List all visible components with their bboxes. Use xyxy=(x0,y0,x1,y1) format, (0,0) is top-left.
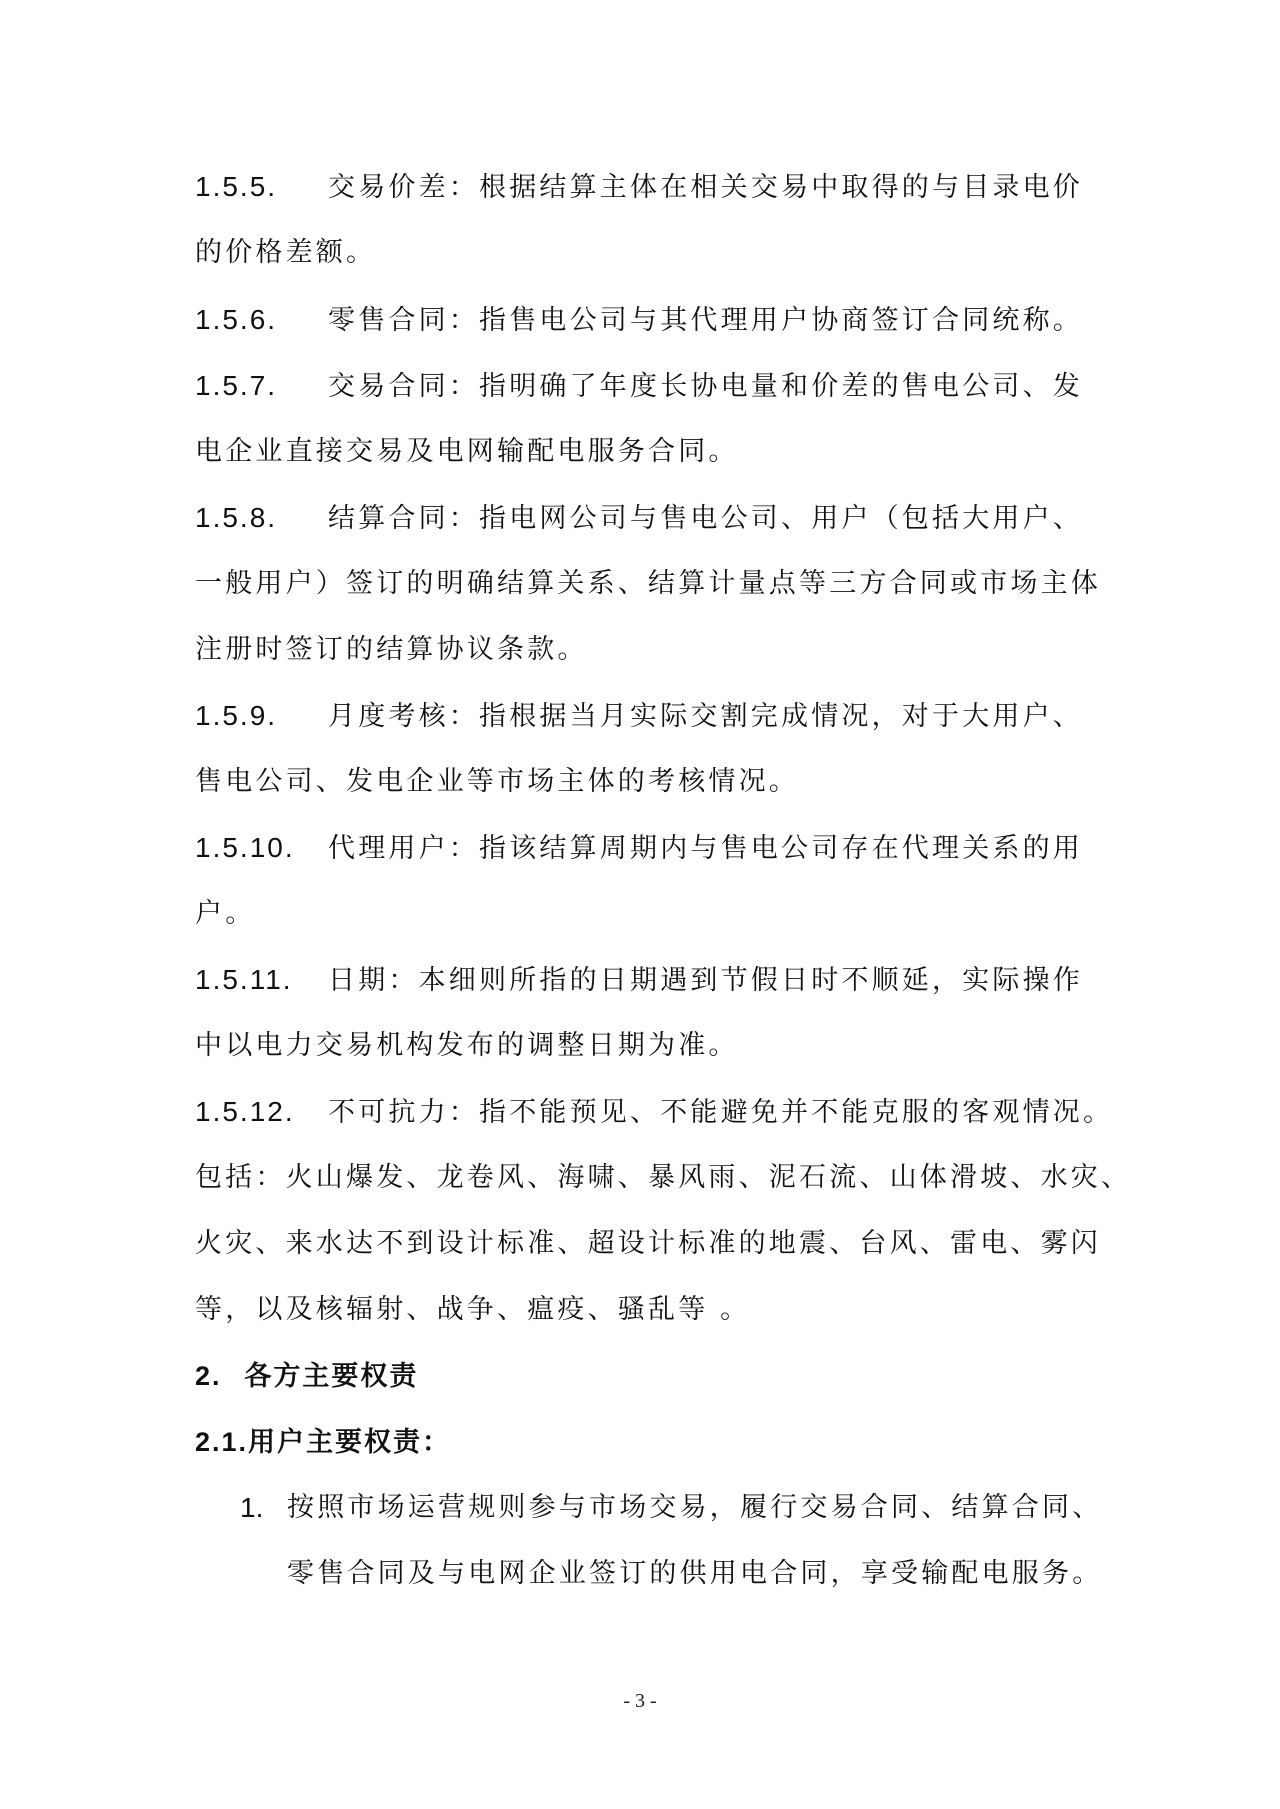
definition-number: 1.5.11. xyxy=(195,960,328,1000)
definition-1-5-10-line-2: 户。 xyxy=(195,894,255,934)
definition-1-5-7-line-2: 电企业直接交易及电网输配电服务合同。 xyxy=(195,432,739,472)
section-number: 2. xyxy=(195,1361,222,1391)
definition-text: 交易价差：根据结算主体在相关交易中取得的与目录电价 xyxy=(328,172,1083,203)
definition-1-5-9-line-2: 售电公司、发电企业等市场主体的考核情况。 xyxy=(195,762,799,802)
definition-number: 1.5.8. xyxy=(195,498,328,538)
definition-number: 1.5.9. xyxy=(195,696,328,736)
definition-1-5-8-line-2: 一般用户）签订的明确结算关系、结算计量点等三方合同或市场主体 xyxy=(195,564,1101,604)
definition-1-5-7-line-1: 1.5.7.交易合同：指明确了年度长协电量和价差的售电公司、发 xyxy=(195,366,1083,406)
definition-1-5-11-line-1: 1.5.11.日期：本细则所指的日期遇到节假日时不顺延，实际操作 xyxy=(195,960,1083,1000)
definition-1-5-10-line-1: 1.5.10.代理用户：指该结算周期内与售电公司存在代理关系的用 xyxy=(195,828,1083,868)
list-item-1-line-2: 零售合同及与电网企业签订的供用电合同，享受输配电服务。 xyxy=(287,1554,1102,1594)
definition-text: 月度考核：指根据当月实际交割完成情况，对于大用户、 xyxy=(328,701,1083,732)
definition-number: 1.5.7. xyxy=(195,366,328,406)
section-number: 2.1. xyxy=(195,1427,248,1457)
definition-text: 代理用户：指该结算周期内与售电公司存在代理关系的用 xyxy=(328,833,1083,864)
definition-text: 结算合同：指电网公司与售电公司、用户（包括大用户、 xyxy=(328,503,1083,534)
definition-1-5-9-line-1: 1.5.9.月度考核：指根据当月实际交割完成情况，对于大用户、 xyxy=(195,696,1083,736)
definition-text: 交易合同：指明确了年度长协电量和价差的售电公司、发 xyxy=(328,371,1083,402)
definition-1-5-11-line-2: 中以电力交易机构发布的调整日期为准。 xyxy=(195,1026,739,1066)
page-number: - 3 - xyxy=(0,1690,1280,1713)
section-2-1-heading: 2.1.用户主要权责： xyxy=(195,1422,451,1462)
definition-1-5-12-line-4: 等，以及核辐射、战争、瘟疫、骚乱等 。 xyxy=(195,1290,750,1330)
list-item-1-line-1: 按照市场运营规则参与市场交易，履行交易合同、结算合同、 xyxy=(287,1488,1102,1528)
definition-number: 1.5.5. xyxy=(195,167,328,207)
definition-text: 日期：本细则所指的日期遇到节假日时不顺延，实际操作 xyxy=(328,965,1083,996)
document-page: 1.5.5.交易价差：根据结算主体在相关交易中取得的与目录电价 的价格差额。 1… xyxy=(0,0,1280,1809)
definition-1-5-5-line-1: 1.5.5.交易价差：根据结算主体在相关交易中取得的与目录电价 xyxy=(195,167,1083,207)
definition-number: 1.5.6. xyxy=(195,300,328,340)
definition-1-5-5-line-2: 的价格差额。 xyxy=(195,233,376,273)
definition-1-5-12-line-1: 1.5.12.不可抗力：指不能预见、不能避免并不能克服的客观情况。 xyxy=(195,1092,1113,1132)
definition-1-5-6-line-1: 1.5.6.零售合同：指售电公司与其代理用户协商签订合同统称。 xyxy=(195,300,1083,340)
definition-text: 零售合同：指售电公司与其代理用户协商签订合同统称。 xyxy=(328,305,1083,336)
definition-1-5-8-line-1: 1.5.8.结算合同：指电网公司与售电公司、用户（包括大用户、 xyxy=(195,498,1083,538)
definition-number: 1.5.12. xyxy=(195,1092,328,1132)
section-2-heading: 2. 各方主要权责 xyxy=(195,1356,418,1396)
section-title: 用户主要权责： xyxy=(248,1427,451,1458)
definition-text: 不可抗力：指不能预见、不能避免并不能克服的客观情况。 xyxy=(328,1097,1113,1128)
list-item-number: 1. xyxy=(240,1488,263,1528)
section-title: 各方主要权责 xyxy=(244,1361,418,1392)
definition-1-5-12-line-2: 包括：火山爆发、龙卷风、海啸、暴风雨、泥石流、山体滑坡、水灾、 xyxy=(195,1158,1131,1198)
definition-1-5-12-line-3: 火灾、来水达不到设计标准、超设计标准的地震、台风、雷电、雾闪 xyxy=(195,1224,1101,1264)
definition-number: 1.5.10. xyxy=(195,828,328,868)
definition-1-5-8-line-3: 注册时签订的结算协议条款。 xyxy=(195,630,588,670)
